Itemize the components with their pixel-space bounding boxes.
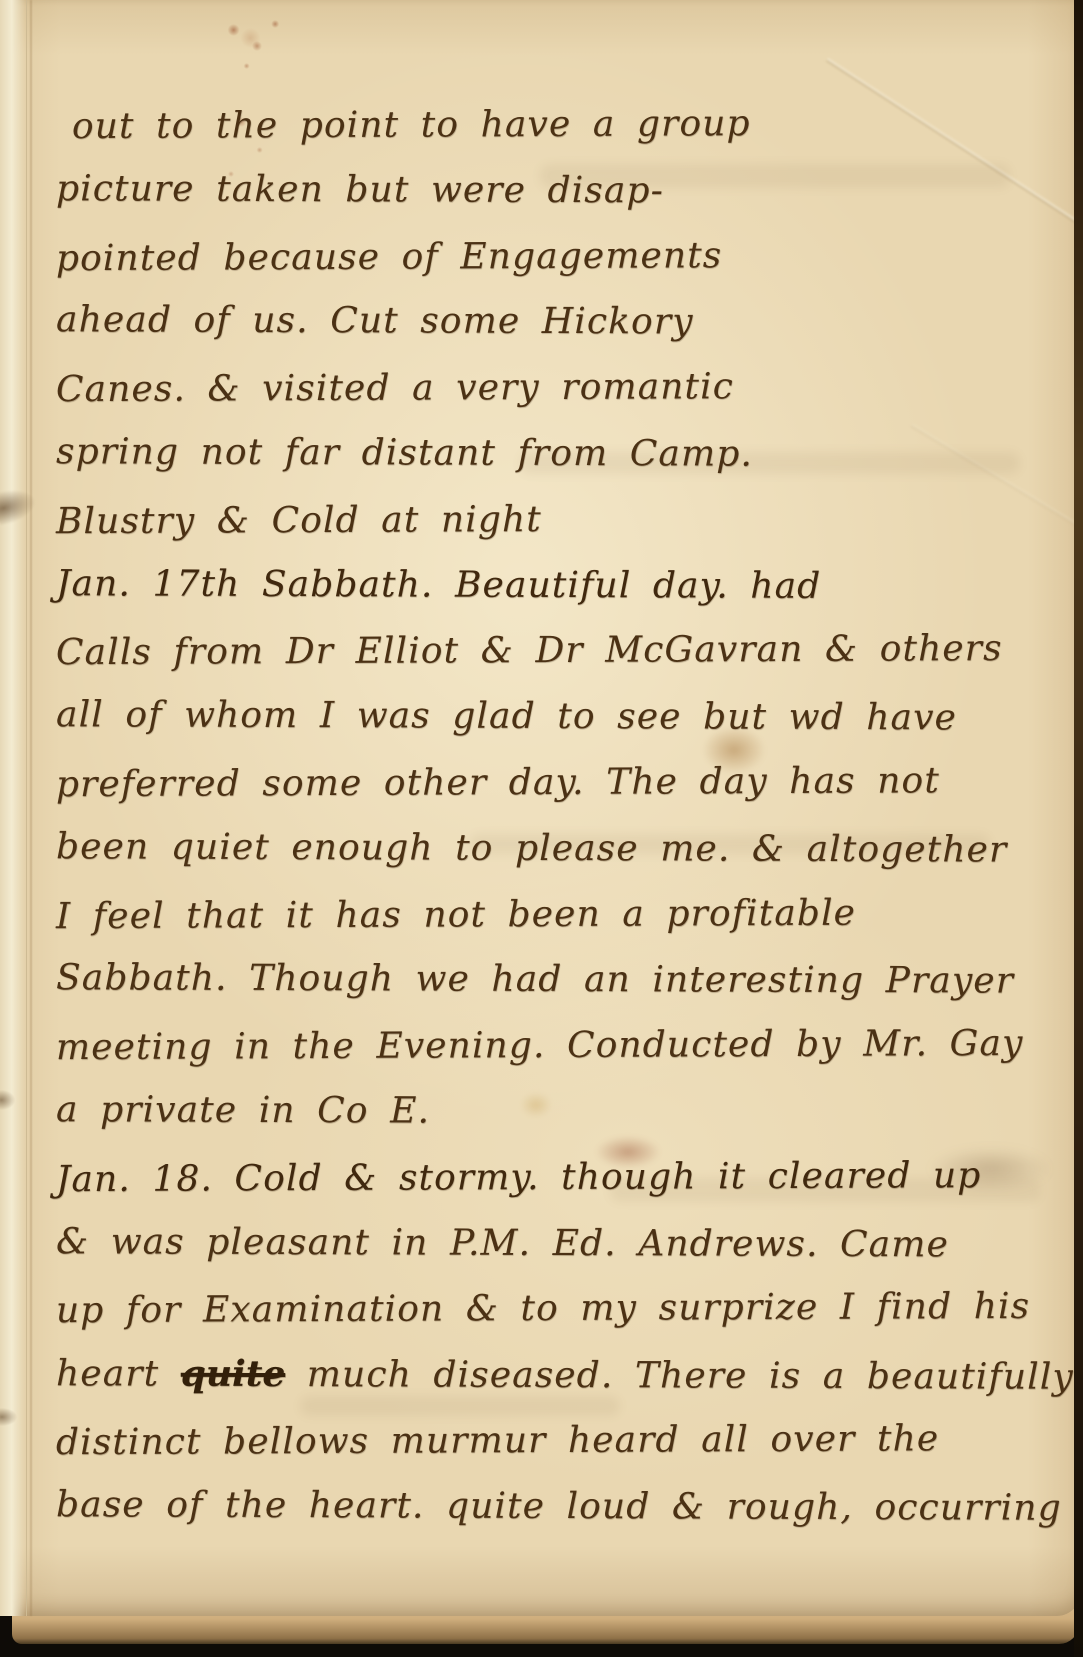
- diary-text-before-strike: heart: [56, 1353, 181, 1394]
- diary-line: pointed because of Engagements: [56, 233, 1057, 303]
- diary-line: Calls from Dr Elliot & Dr McGavran & oth…: [56, 628, 1057, 698]
- handwriting-block: out to the point to have a group picture…: [56, 104, 1057, 1552]
- diary-line: Sabbath. Though we had an interesting Pr…: [56, 958, 1057, 1027]
- diary-line-with-strikethrough: heart quite much diseased. There is a be…: [56, 1352, 1057, 1421]
- binding-mark: [0, 1408, 17, 1426]
- diary-line: preferred some other day. The day has no…: [56, 760, 1057, 830]
- page-edge-right: [1074, 0, 1083, 1657]
- struck-out-word: quite: [181, 1353, 286, 1395]
- binding-mark: [0, 1090, 15, 1110]
- diary-text-after-strike: much diseased. There is a beautifully: [285, 1354, 1074, 1398]
- diary-line: up for Examination & to my surprize I fi…: [56, 1286, 1057, 1356]
- diary-line-entry-jan-17: Jan. 17th Sabbath. Beautiful day. had: [56, 563, 1057, 632]
- diary-line: all of whom I was glad to see but wd hav…: [56, 694, 1057, 763]
- diary-line: picture taken but were disap-: [56, 168, 1057, 237]
- diary-line: ahead of us. Cut some Hickory: [56, 300, 1057, 369]
- binding-edge: [0, 0, 27, 1616]
- diary-line: a private in Co E.: [56, 1089, 1057, 1158]
- diary-line: Blustry & Cold at night: [56, 497, 1057, 567]
- diary-line: I feel that it has not been a profitable: [56, 891, 1057, 961]
- diary-line: base of the heart. quite loud & rough, o…: [56, 1484, 1057, 1553]
- diary-line: been quiet enough to please me. & altoge…: [56, 826, 1057, 895]
- binding-tear: [0, 484, 40, 527]
- diary-line-entry-jan-18: Jan. 18. Cold & stormy. though it cleare…: [56, 1155, 1057, 1225]
- binding-crease: [30, 0, 32, 1616]
- diary-page: out to the point to have a group picture…: [0, 0, 1083, 1616]
- diary-line: spring not far distant from Camp.: [56, 431, 1057, 500]
- diary-line: Canes. & visited a very romantic: [56, 365, 1057, 435]
- diary-line: distinct bellows murmur heard all over t…: [56, 1418, 1057, 1488]
- diary-line: out to the point to have a group: [56, 102, 1057, 172]
- diary-line: & was pleasant in P.M. Ed. Andrews. Came: [56, 1221, 1057, 1290]
- diary-line: meeting in the Evening. Conducted by Mr.…: [56, 1023, 1057, 1093]
